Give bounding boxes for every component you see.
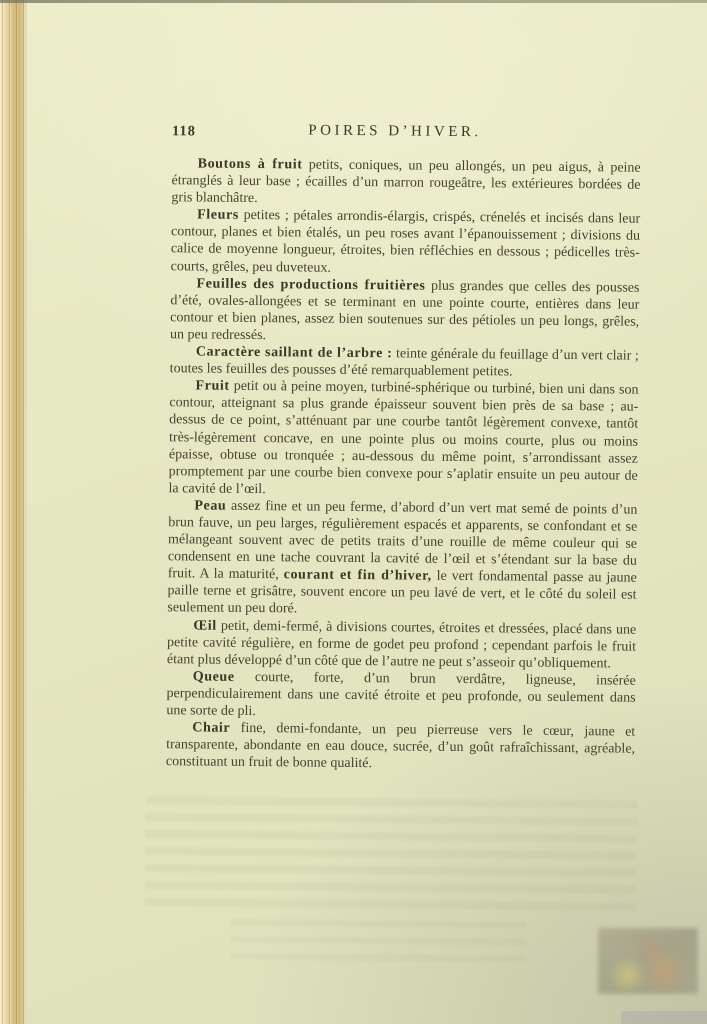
verso-text-bleedthrough-small xyxy=(230,919,526,968)
paragraph-text: fine, demi-fondante, un peu pierreuse ve… xyxy=(166,721,635,772)
paragraph-lead: Peau xyxy=(194,498,226,513)
verso-text-bleedthrough xyxy=(144,796,637,917)
paragraph-text: petites ; pétales arrondis-élargis, cris… xyxy=(171,208,641,275)
paragraph-lead: Queue xyxy=(193,669,235,684)
paragraph-boutons: Boutons à fruit petits, coniques, un peu… xyxy=(171,155,640,211)
paragraph-lead: Feuilles des productions fruitières xyxy=(196,276,425,293)
paragraph-lead: Caractère saillant de l’arbre : xyxy=(196,344,393,361)
page-content: 118 POIRES D’HIVER. Boutons à fruit peti… xyxy=(0,0,707,1024)
page-title: POIRES D’HIVER. xyxy=(172,121,618,142)
paragraph-lead: Boutons à fruit xyxy=(198,156,303,172)
paragraph-chair: Chair fine, demi-fondante, un peu pierre… xyxy=(166,719,635,775)
paragraph-caractere: Caractère saillant de l’arbre : teinte g… xyxy=(170,343,639,382)
paragraph-lead: Fruit xyxy=(195,379,229,394)
paragraph-text: courte, forte, d’un brun verdâtre, ligne… xyxy=(166,670,635,719)
body-text: Boutons à fruit petits, coniques, un peu… xyxy=(166,155,641,775)
paragraph-text: petit ou à peine moyen, turbiné-sphériqu… xyxy=(168,379,638,497)
paragraph-text: petit, demi-fermé, à divisions courtes, … xyxy=(167,618,636,671)
paragraph-fruit: Fruit petit ou à peine moyen, turbiné-sp… xyxy=(168,377,638,501)
running-head: 118 POIRES D’HIVER. xyxy=(172,121,640,145)
book-scan: { "page": { "number": "118", "header_tit… xyxy=(0,0,707,1024)
paragraph-fleurs: Fleurs petites ; pétales arrondis-élargi… xyxy=(171,206,641,279)
paragraph-lead: Chair xyxy=(192,721,230,736)
paragraph-peau: Peau assez fine et un peu ferme, d’abord… xyxy=(167,497,637,621)
paragraph-queue: Queue courte, forte, d’un brun verdâtre,… xyxy=(166,668,635,724)
paragraph-inline-bold: courant et fin d’hiver, xyxy=(284,568,432,584)
paragraph-lead: Œil xyxy=(193,618,217,633)
paragraph-feuilles: Feuilles des productions fruitières plus… xyxy=(170,275,640,348)
paragraph-oeil: Œil petit, demi-fermé, à divisions court… xyxy=(167,617,636,673)
paragraph-lead: Fleurs xyxy=(197,208,239,223)
